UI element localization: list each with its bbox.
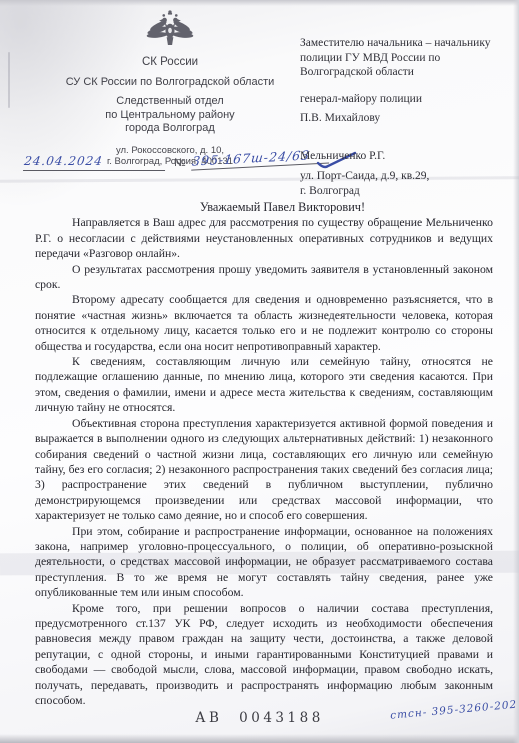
addressee-block: Заместителю начальника – начальнику поли… (300, 36, 515, 198)
paragraph-3: Второму адресату сообщается для сведения… (35, 292, 493, 354)
recipient1-title-line1: Заместителю начальника – начальнику (300, 36, 515, 51)
recipient1-title-line3: Волгоградской области (300, 65, 515, 80)
scan-shadow-top (0, 0, 519, 6)
org-division-line3: города Волгоград (50, 122, 290, 136)
letterhead: СК России СУ СК России по Волгоградской … (50, 8, 290, 168)
recipient1-title-line2: полиции ГУ МВД России по (300, 51, 515, 66)
paragraph-6: При этом, собирание и распространение ин… (35, 524, 493, 601)
paragraph-2: О результатах рассмотрения прошу уведоми… (35, 262, 493, 293)
paragraph-4: К сведениям, составляющим личную или сем… (35, 354, 493, 416)
recipient2-address-line1: ул. Порт-Саида, д.9, кв.29, (300, 169, 515, 184)
paragraph-7: Кроме того, при решении вопросов о налич… (35, 601, 493, 709)
scan-shadow-bottom (0, 734, 519, 743)
recipient1-rank: генерал-майору полиции (300, 92, 515, 107)
recipient2-address-line2: г. Волгоград (300, 184, 515, 199)
recipient1-name: П.В. Михайлову (300, 111, 515, 126)
scan-fold-line (8, 52, 10, 108)
recipient2-name: Мельниченко Р.Г. (300, 149, 515, 164)
coat-of-arms-icon (50, 8, 290, 54)
paragraph-5: Объективная сторона преступления характе… (35, 416, 493, 524)
handwritten-date: 24.04.2024 (23, 154, 167, 171)
number-sign-label: № (174, 157, 186, 169)
org-name-line1: СК России (50, 56, 290, 68)
org-division-line1: Следственный отдел (50, 95, 290, 109)
org-name-line2: СУ СК России по Волгоградской области (50, 76, 290, 88)
salutation: Уважаемый Павел Викторович! (35, 200, 493, 215)
paragraph-1: Направляется в Ваш адрес для рассмотрени… (35, 215, 493, 261)
org-division-line2: по Центральному району (50, 109, 290, 123)
scanned-letter-page: СК России СУ СК России по Волгоградской … (0, 0, 519, 743)
letter-body: Уважаемый Павел Викторович! Направляется… (35, 200, 493, 708)
